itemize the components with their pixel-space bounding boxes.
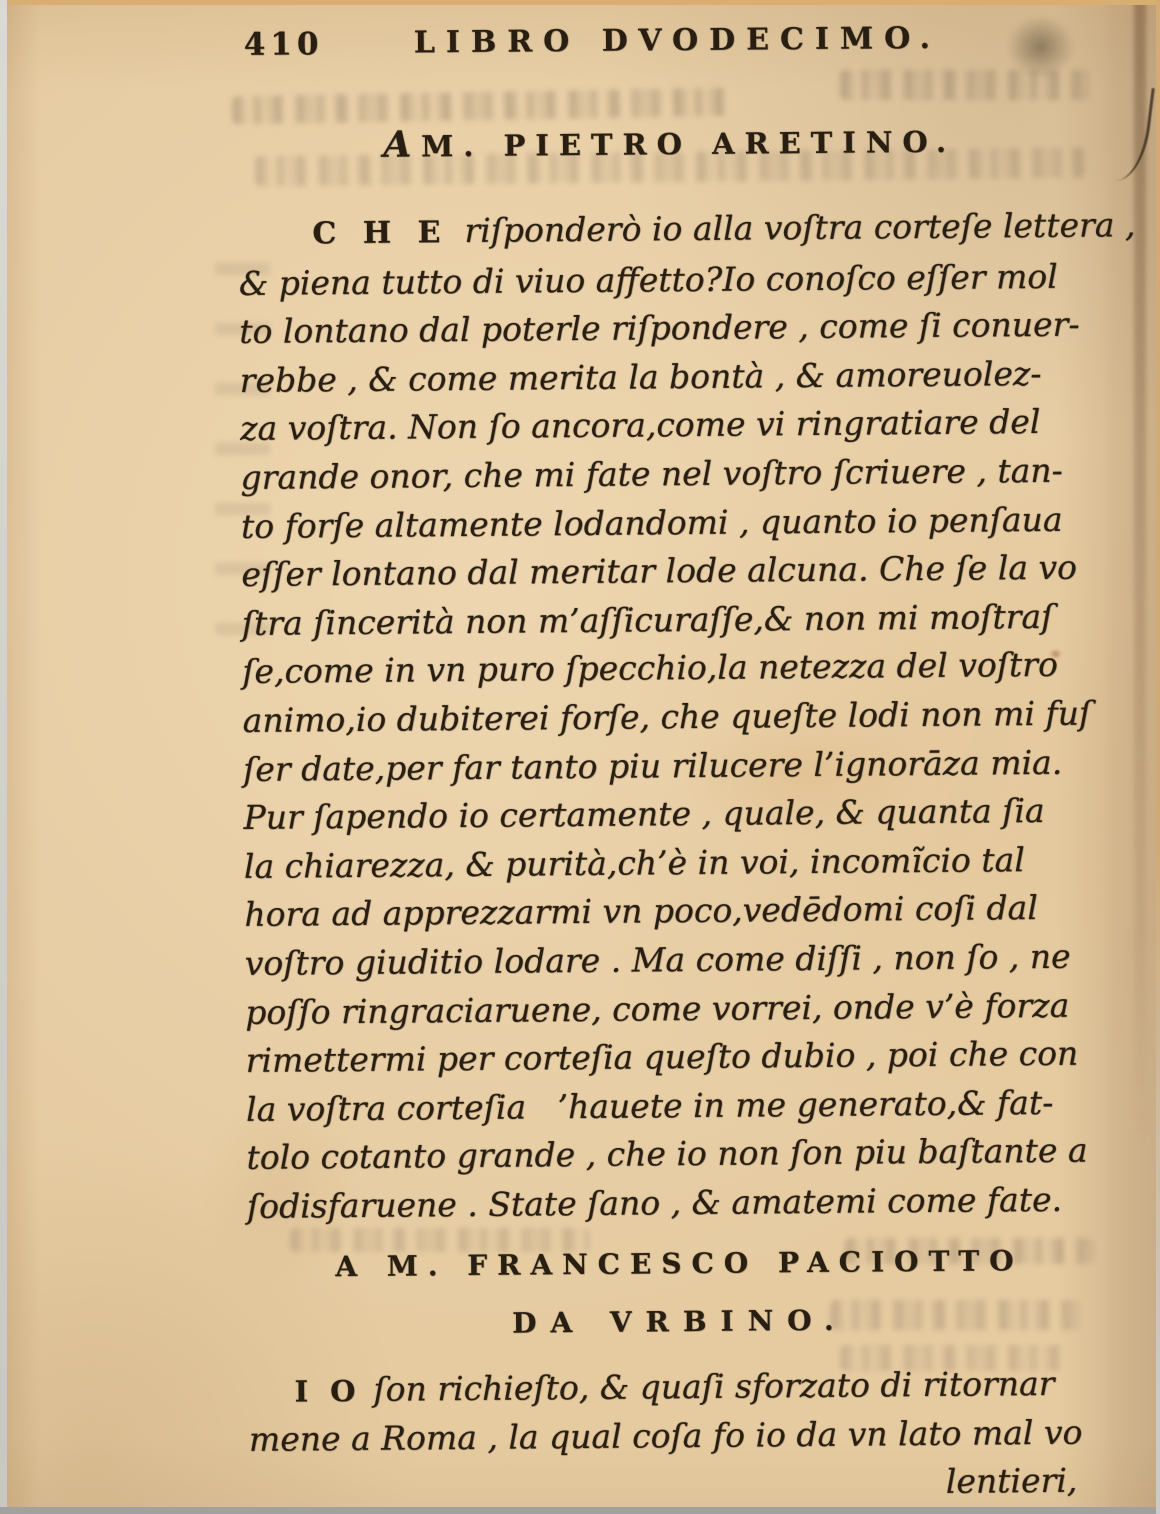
text-line: tolo cotanto grande , che io non ſon piu… bbox=[246, 1127, 1116, 1183]
text-line: to forſe altamente lodandomi , quanto io… bbox=[241, 495, 1111, 551]
scan-edge-top bbox=[0, 0, 1160, 5]
text-line: la voſtra corteſia ’hauete in me generat… bbox=[246, 1078, 1116, 1134]
book-page-scan: 410 LIBRO DVODECIMO. AM. PIETRO ARETINO.… bbox=[0, 0, 1160, 1514]
text-line: I Oſon richieſto, & quaſi sforzato di ri… bbox=[248, 1359, 1118, 1416]
letter2-heading-line1: A M. FRANCESCO PACIOTTO bbox=[249, 1243, 1109, 1284]
text-line: hora ad apprezzarmi vn poco,vedēdomi coſ… bbox=[244, 884, 1114, 940]
text-line: la chiarezza, & purità,ch’è in voi, inco… bbox=[244, 835, 1114, 891]
letter1-body: C H Eriſponderò io alla voſtra corteſe l… bbox=[238, 201, 1117, 1231]
text-line: ſe,come in vn puro ſpecchio,la netezza d… bbox=[242, 641, 1112, 697]
text-line: mene a Roma , la qual coſa fo io da vn l… bbox=[249, 1408, 1119, 1464]
page-paper: 410 LIBRO DVODECIMO. AM. PIETRO ARETINO.… bbox=[0, 0, 1160, 1514]
letter2-heading-line2: DA VRBINO. bbox=[250, 1301, 1110, 1342]
text-line: voſtro giuditio lodare . Ma come diſſi ,… bbox=[245, 932, 1115, 988]
text-line: rebbe , & come merita la bontà , & amore… bbox=[239, 349, 1109, 405]
page-content: 410 LIBRO DVODECIMO. AM. PIETRO ARETINO.… bbox=[0, 0, 1160, 1514]
letter1-heading-initial: A bbox=[383, 123, 411, 165]
scan-edge-right bbox=[1156, 0, 1160, 1514]
letter1-heading-text: M. PIETRO ARETINO. bbox=[421, 125, 956, 164]
text-line: ſer date,per far tanto piu rilucere l’ig… bbox=[243, 738, 1113, 794]
opening-capitals: C H E bbox=[312, 215, 448, 251]
page-number: 410 bbox=[244, 26, 324, 63]
scan-edge-left bbox=[0, 0, 7, 1514]
catchword: lentieri, bbox=[249, 1456, 1119, 1512]
text-line: C H Eriſponderò io alla voſtra corteſe l… bbox=[238, 201, 1108, 259]
text-line: grande onor, che mi fate nel voſtro ſcri… bbox=[240, 446, 1110, 502]
text-line: Pur ſapendo io certamente , quale, & qua… bbox=[243, 786, 1113, 842]
scan-edge-bottom bbox=[0, 1507, 1160, 1514]
text-line: poſſo ringraciaruene, come vorrei, onde … bbox=[245, 981, 1115, 1037]
running-head: 410 LIBRO DVODECIMO. bbox=[0, 19, 1154, 73]
text-line: & piena tutto di viuo affetto?Io conoſco… bbox=[239, 252, 1109, 308]
text-line: ſtra ſincerità non m’aſſicuraſſe,& non m… bbox=[242, 592, 1112, 648]
text-line: ſodisfaruene . State ſano , & amatemi co… bbox=[247, 1175, 1117, 1231]
text-line: animo,io dubiterei forſe, che queſte lod… bbox=[242, 689, 1112, 745]
running-title: LIBRO DVODECIMO. bbox=[414, 21, 941, 61]
text-line: eſſer lontano dal meritar lode alcuna. C… bbox=[241, 544, 1111, 600]
letter1-heading: AM. PIETRO ARETINO. bbox=[239, 117, 1099, 167]
letter2-body: I Oſon richieſto, & quaſi sforzato di ri… bbox=[248, 1359, 1119, 1512]
text-line: rimettermi per corteſia queſto dubio , p… bbox=[245, 1029, 1115, 1085]
letter2-heading: A M. FRANCESCO PACIOTTO DA VRBINO. bbox=[249, 1243, 1110, 1342]
text-line: to lontano dal poterle riſpondere , come… bbox=[239, 301, 1109, 357]
text-line: za voſtra. Non ſo ancora,come vi ringrat… bbox=[240, 398, 1110, 454]
opening-capitals: I O bbox=[294, 1374, 361, 1409]
